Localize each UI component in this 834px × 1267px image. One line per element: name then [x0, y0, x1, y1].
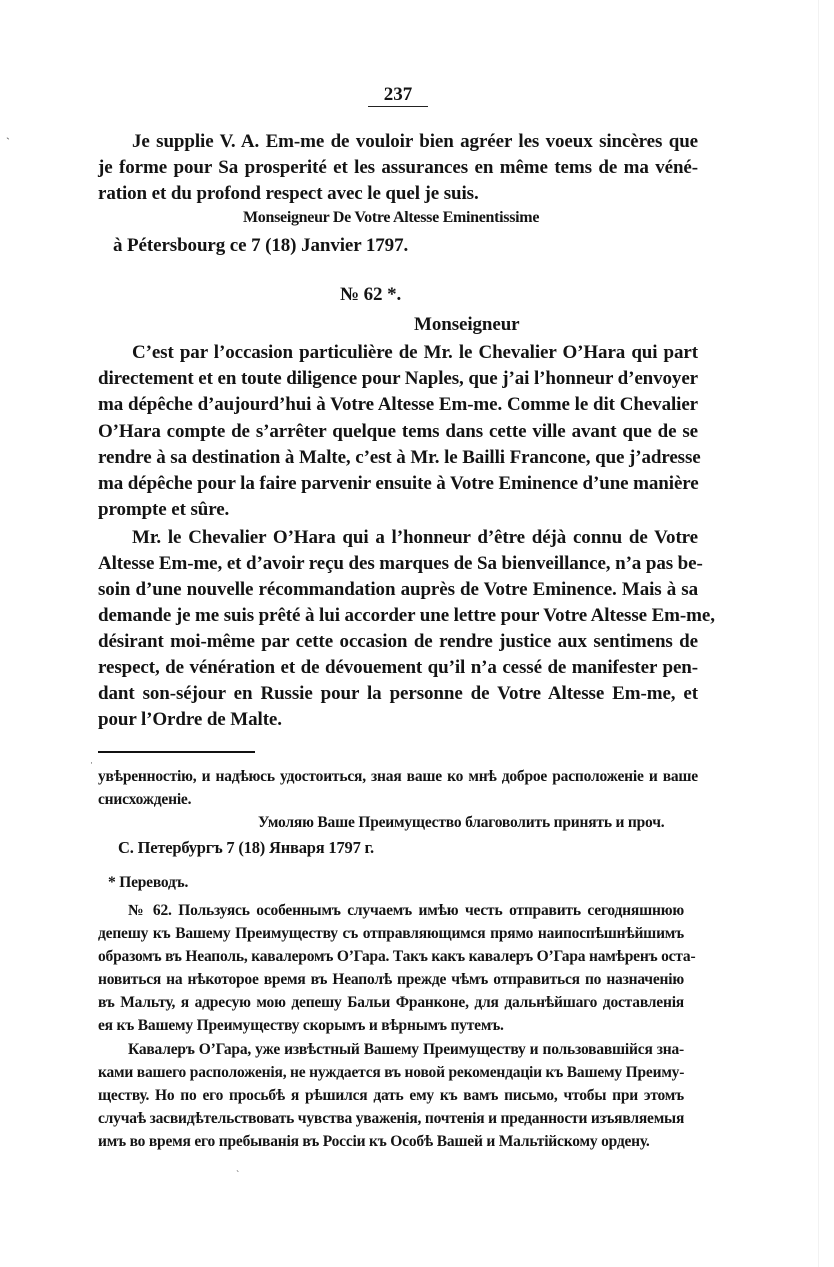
russian-p2-line-4: случаѣ засвидѣтельствовать чувства уваже… — [98, 1110, 684, 1128]
text-line: O’Hara compte de s’arrêter quelque tems … — [98, 421, 698, 443]
french-p1-line-5: rendre à sa destination à Malte, c’est à… — [98, 447, 698, 469]
text-line: № 62. Пользуясь особеннымъ случаемъ имѣю… — [128, 902, 684, 920]
text-line: dant son-séjour en Russie pour la person… — [98, 683, 698, 705]
russian-date-line: С. Петербургъ 7 (18) Января 1797 г. — [118, 838, 374, 858]
text-line: soin d’une nouvelle récommandation auprè… — [98, 579, 698, 601]
russian-p1-line-3: образомъ въ Неаполь, кавалеромъ О’Гара. … — [98, 948, 684, 966]
scan-speck: ` — [236, 1170, 239, 1181]
text-line: образомъ въ Неаполь, кавалеромъ О’Гара. … — [98, 948, 684, 966]
french-p1-line-3: ma dépêche d’aujourd’hui à Votre Altesse… — [98, 394, 698, 416]
text-line: новиться на нѣкоторое время въ Неаполѣ п… — [98, 971, 684, 989]
translation-footnote-label: * Переводъ. — [108, 874, 188, 892]
text-line: respect, de vénération et de dévouement … — [98, 657, 698, 679]
french-p2-line-5: désirant moi-même par cette occasion de … — [98, 631, 698, 653]
russian-continuation-line-1: увѣренностію, и надѣюсь удостоиться, зна… — [98, 768, 698, 786]
text-line: въ Мальту, я адресую мою депешу Бальи Фр… — [98, 994, 684, 1012]
text-line: Altesse Em-me, et d’avoir reçu des marqu… — [98, 553, 698, 575]
french-signature-line: Monseigneur De Votre Altesse Eminentissi… — [243, 209, 539, 227]
french-p2-line-2: Altesse Em-me, et d’avoir reçu des marqu… — [98, 553, 698, 575]
french-p1-line-1: C’est par l’occasion particulière de Mr.… — [132, 342, 698, 364]
french-p1-line-4: O’Hara compte de s’arrêter quelque tems … — [98, 421, 698, 443]
russian-continuation-line-2: снисхожденіе. — [98, 791, 191, 809]
french-closing-line-2: je forme pour Sa prosperité et les assur… — [98, 157, 698, 179]
text-line: désirant moi-même par cette occasion de … — [98, 631, 698, 653]
footnote-separator — [98, 751, 255, 753]
french-date-line: à Pétersbourg ce 7 (18) Janvier 1797. — [113, 235, 408, 257]
text-line: увѣренностію, и надѣюсь удостоиться, зна… — [98, 768, 698, 786]
salutation: Monseigneur — [414, 314, 520, 336]
russian-p1-line-5: въ Мальту, я адресую мою депешу Бальи Фр… — [98, 994, 684, 1012]
french-p2-line-8: pour l’Ordre de Malte. — [98, 709, 282, 731]
french-p1-line-6: ma dépêche pour la faire parvenir ensuit… — [98, 473, 698, 495]
russian-signature-line: Умоляю Ваше Преимущество благоволить при… — [258, 814, 664, 832]
margin-dot: · — [90, 758, 93, 768]
russian-p2-line-5: имъ во время его пребыванія въ Россіи къ… — [98, 1133, 650, 1151]
page-number: 237 — [368, 84, 428, 106]
page-number-rule — [368, 106, 428, 107]
text-line: Кавалеръ О’Гара, уже извѣстный Вашему Пр… — [128, 1041, 684, 1059]
russian-p2-line-1: Кавалеръ О’Гара, уже извѣстный Вашему Пр… — [128, 1041, 684, 1059]
text-line: ками вашего расположенія, не нуждается в… — [98, 1064, 684, 1082]
text-line: demande je me suis prêté à lui accorder … — [98, 605, 698, 627]
scanned-book-page: 237 ` Je supplie V. A. Em-me de vouloir … — [0, 0, 834, 1267]
text-line: rendre à sa destination à Malte, c’est à… — [98, 447, 698, 469]
russian-p1-line-1: № 62. Пользуясь особеннымъ случаемъ имѣю… — [128, 902, 684, 920]
russian-p2-line-3: ществу. Но по его просьбѣ я рѣшился дать… — [98, 1087, 684, 1105]
text-line: ma dépêche pour la faire parvenir ensuit… — [98, 473, 698, 495]
text-line: je forme pour Sa prosperité et les assur… — [98, 157, 698, 179]
text-line: случаѣ засвидѣтельствовать чувства уваже… — [98, 1110, 684, 1128]
russian-p1-line-6: ея къ Вашему Преимуществу скорымъ и вѣрн… — [98, 1017, 504, 1035]
russian-p2-line-2: ками вашего расположенія, не нуждается в… — [98, 1064, 684, 1082]
text-line: Mr. le Chevalier O’Hara qui a l’honneur … — [132, 527, 698, 549]
margin-mark: ` — [6, 135, 10, 150]
page-edge — [818, 0, 819, 1267]
french-p2-line-6: respect, de vénération et de dévouement … — [98, 657, 698, 679]
french-closing-line-1: Je supplie V. A. Em-me de vouloir bien a… — [132, 131, 698, 153]
russian-p1-line-4: новиться на нѣкоторое время въ Неаполѣ п… — [98, 971, 684, 989]
text-line: C’est par l’occasion particulière de Mr.… — [132, 342, 698, 364]
french-closing-line-3: ration et du profond respect avec le que… — [98, 183, 479, 205]
french-p2-line-1: Mr. le Chevalier O’Hara qui a l’honneur … — [132, 527, 698, 549]
text-line: ществу. Но по его просьбѣ я рѣшился дать… — [98, 1087, 684, 1105]
french-p2-line-3: soin d’une nouvelle récommandation auprè… — [98, 579, 698, 601]
text-line: directement et en toute diligence pour N… — [98, 368, 698, 390]
text-line: депешу къ Вашему Преимуществу съ отправл… — [98, 925, 684, 943]
french-p2-line-7: dant son-séjour en Russie pour la person… — [98, 683, 698, 705]
russian-p1-line-2: депешу къ Вашему Преимуществу съ отправл… — [98, 925, 684, 943]
text-line: Je supplie V. A. Em-me de vouloir bien a… — [132, 131, 698, 153]
french-p1-line-7: prompte et sûre. — [98, 499, 229, 521]
letter-number-heading: № 62 *. — [340, 284, 401, 306]
french-p1-line-2: directement et en toute diligence pour N… — [98, 368, 698, 390]
french-p2-line-4: demande je me suis prêté à lui accorder … — [98, 605, 698, 627]
text-line: ma dépêche d’aujourd’hui à Votre Altesse… — [98, 394, 698, 416]
